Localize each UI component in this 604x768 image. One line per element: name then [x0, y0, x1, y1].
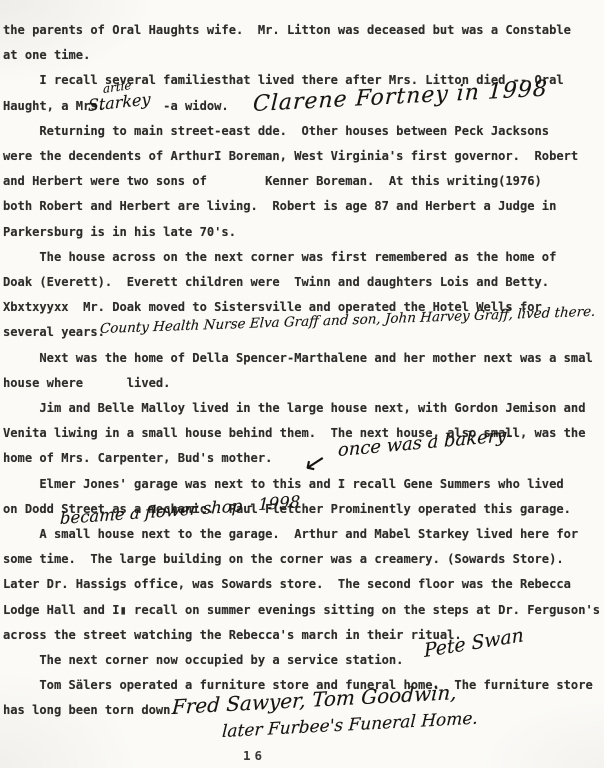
- page-number: 16: [243, 748, 266, 763]
- typed-body-text: the parents of Oral Haughts wife. Mr. Li…: [3, 18, 600, 724]
- scanned-typewritten-page: the parents of Oral Haughts wife. Mr. Li…: [0, 0, 604, 768]
